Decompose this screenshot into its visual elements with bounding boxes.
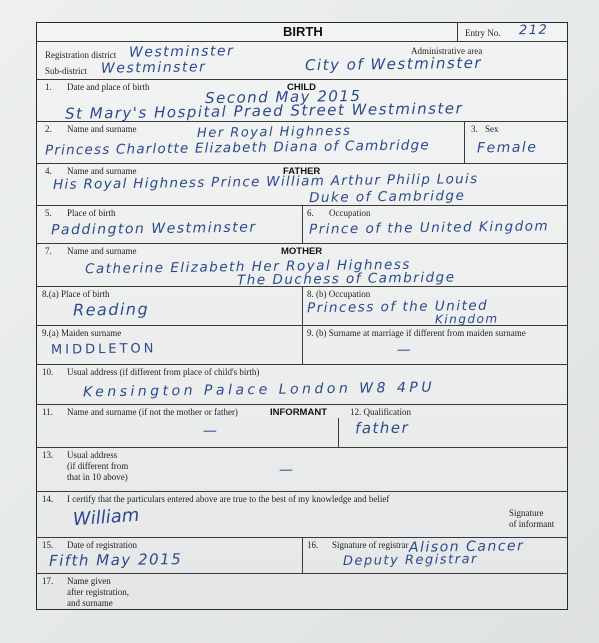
child-sex: Female bbox=[477, 140, 538, 157]
header-row: BIRTH Entry No. 212 bbox=[37, 23, 567, 41]
field-9a-label: 9.(a) Maiden surname bbox=[42, 328, 121, 338]
father-name-row: 4.Name and surname FATHER His Royal High… bbox=[37, 163, 567, 205]
child-birth-row: 1.Date and place of birth CHILD Second M… bbox=[37, 79, 567, 121]
field-17-label-3: and surname bbox=[67, 598, 113, 608]
father-occupation: Prince of the United Kingdom bbox=[309, 218, 549, 237]
admin-area-value: City of Westminster bbox=[305, 55, 482, 73]
registrar-title: Deputy Registrar bbox=[343, 552, 478, 570]
informant-signature: William bbox=[73, 508, 140, 529]
section-mother: MOTHER bbox=[281, 246, 322, 257]
usual-address-row: 10.Usual address (if different from plac… bbox=[37, 364, 567, 404]
field-1-label: 1.Date and place of birth bbox=[45, 82, 149, 92]
registration-date-row: 15.Date of registration Fifth May 2015 1… bbox=[37, 537, 567, 573]
entry-no-label: Entry No. bbox=[465, 28, 501, 38]
field-9b-label: 9. (b) Surname at marriage if different … bbox=[307, 328, 526, 338]
registration-district-label: Registration district bbox=[45, 50, 116, 60]
signature-label-2: of informant bbox=[509, 519, 554, 529]
entry-no-value: 212 bbox=[519, 23, 549, 39]
informant-row: 11.Name and surname (if not the mother o… bbox=[37, 404, 567, 447]
field-3-label: 3.Sex bbox=[471, 124, 499, 134]
father-birth-occupation-row: 5.Place of birth Paddington Westminster … bbox=[37, 205, 567, 243]
name-given-row: 17. Name given after registration, and s… bbox=[37, 573, 567, 610]
field-16-label: 16.Signature of registrar bbox=[307, 540, 408, 550]
field-4-label: 4.Name and surname bbox=[45, 166, 136, 176]
birth-certificate-form: BIRTH Entry No. 212 Registration distric… bbox=[36, 22, 568, 610]
field-7-label: 7.Name and surname bbox=[45, 246, 136, 256]
informant-address: — bbox=[279, 462, 295, 478]
field-8a-label: 8.(a) Place of birth bbox=[42, 289, 109, 299]
field-17-label-2: after registration, bbox=[67, 587, 129, 597]
subdistrict-value: Westminster bbox=[101, 59, 207, 76]
father-name-line2: Duke of Cambridge bbox=[309, 188, 466, 206]
registration-district-value: Westminster bbox=[129, 43, 235, 60]
field-8b-label: 8. (b) Occupation bbox=[307, 289, 370, 299]
field-13-label-2: (if different from bbox=[67, 461, 128, 471]
child-name-line2: Princess Charlotte Elizabeth Diana of Ca… bbox=[45, 137, 430, 158]
mother-maiden-surname: MIDDLETON bbox=[51, 341, 157, 358]
registration-date: Fifth May 2015 bbox=[49, 551, 182, 569]
informant-address-row: 13. Usual address (if different from tha… bbox=[37, 447, 567, 491]
field-13-label-1: Usual address bbox=[67, 450, 117, 460]
field-2-label: 2.Name and surname bbox=[45, 124, 136, 134]
field-15-label: 15.Date of registration bbox=[42, 540, 137, 550]
signature-label-1: Signature bbox=[509, 508, 544, 518]
informant-name: — bbox=[203, 423, 219, 439]
field-13-label-3: that in 10 above) bbox=[67, 472, 128, 482]
field-6-label: 6.Occupation bbox=[307, 208, 370, 218]
field-5-label: 5.Place of birth bbox=[45, 208, 116, 218]
subdistrict-label: Sub-district bbox=[45, 66, 87, 76]
mother-place-of-birth: Reading bbox=[73, 301, 149, 318]
field-12-label: 12. Qualification bbox=[350, 407, 411, 417]
usual-address: Kensington Palace London W8 4PU bbox=[83, 380, 435, 401]
informant-qualification: father bbox=[355, 420, 409, 437]
mother-name-row: 7.Name and surname MOTHER Catherine Eliz… bbox=[37, 243, 567, 286]
field-11-label: 11.Name and surname (if not the mother o… bbox=[42, 407, 238, 417]
certification-row: 14.I certify that the particulars entere… bbox=[37, 491, 567, 537]
child-birth-place: St Mary's Hospital Praed Street Westmins… bbox=[65, 100, 463, 122]
document-title: BIRTH bbox=[283, 24, 323, 39]
registration-row: Registration district Westminster Sub-di… bbox=[37, 41, 567, 79]
child-name-row: 2.Name and surname Her Royal Highness Pr… bbox=[37, 121, 567, 163]
field-13-number: 13. bbox=[42, 450, 53, 460]
section-informant: INFORMANT bbox=[270, 407, 327, 418]
field-17-label-1: Name given bbox=[67, 576, 111, 586]
father-place-of-birth: Paddington Westminster bbox=[51, 220, 257, 239]
mother-surname-at-marriage: — bbox=[397, 342, 413, 358]
mother-surname-row: 9.(a) Maiden surname MIDDLETON 9. (b) Su… bbox=[37, 325, 567, 364]
mother-birth-occupation-row: 8.(a) Place of birth Reading 8. (b) Occu… bbox=[37, 286, 567, 325]
field-17-number: 17. bbox=[42, 576, 53, 586]
field-10-label: 10.Usual address (if different from plac… bbox=[42, 367, 259, 377]
field-14-label: 14.I certify that the particulars entere… bbox=[42, 494, 389, 504]
